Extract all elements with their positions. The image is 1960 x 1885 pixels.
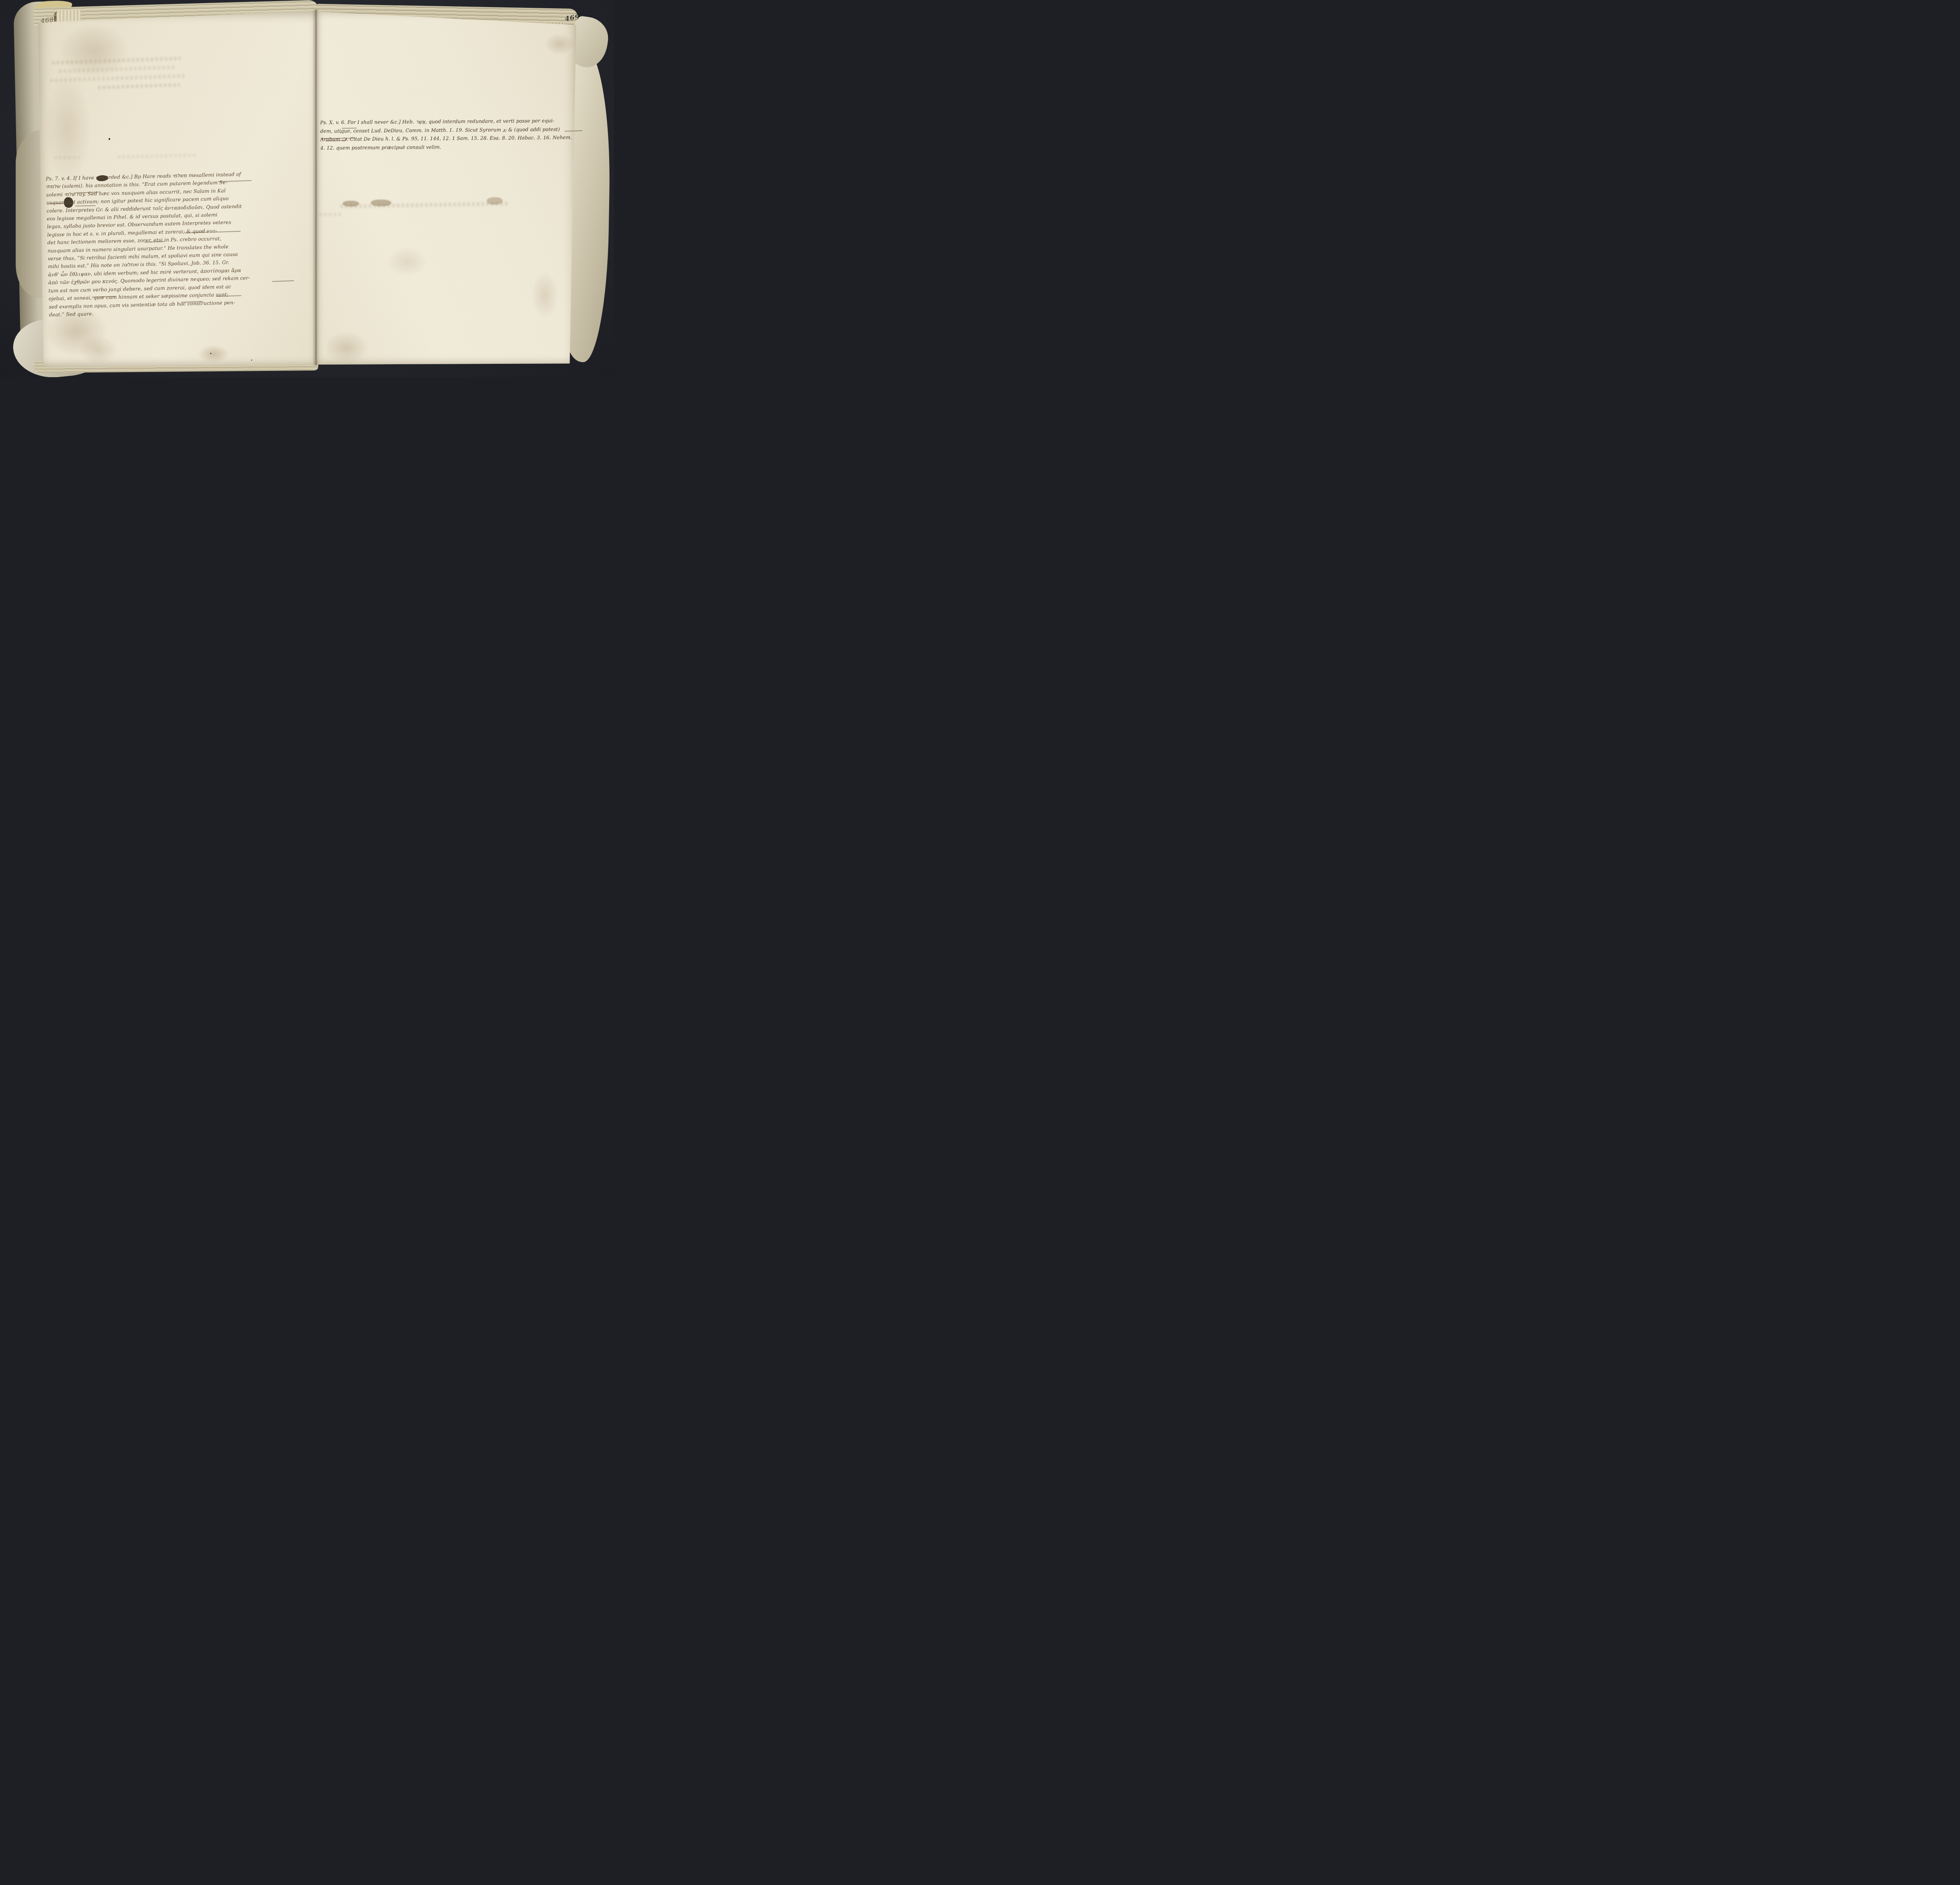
showthrough-glyphs (487, 197, 503, 205)
ink-speck (251, 360, 252, 361)
left-page-entry: Ps. 7. v. 4. If I have rewarded &c.] Bp … (46, 169, 319, 319)
stain (324, 331, 369, 365)
showthrough-glyphs (371, 200, 391, 206)
stain (78, 335, 118, 365)
ink-speck (210, 353, 211, 354)
stain (545, 33, 574, 55)
stain (198, 345, 229, 363)
ink-speck (109, 138, 110, 140)
page-number-left: 468 (40, 17, 54, 24)
stain (531, 271, 559, 320)
right-page-entry: Ps. X. v. 6. For I shall never &c.] Heb.… (320, 116, 586, 152)
showthrough-line (319, 213, 342, 216)
manuscript-photo: 468 469 Ps. 7. v. 4. If I have rewarded … (0, 0, 614, 377)
showthrough-glyphs (343, 201, 359, 207)
showthrough-line (54, 156, 80, 159)
stain (386, 247, 427, 276)
stain (44, 74, 91, 184)
